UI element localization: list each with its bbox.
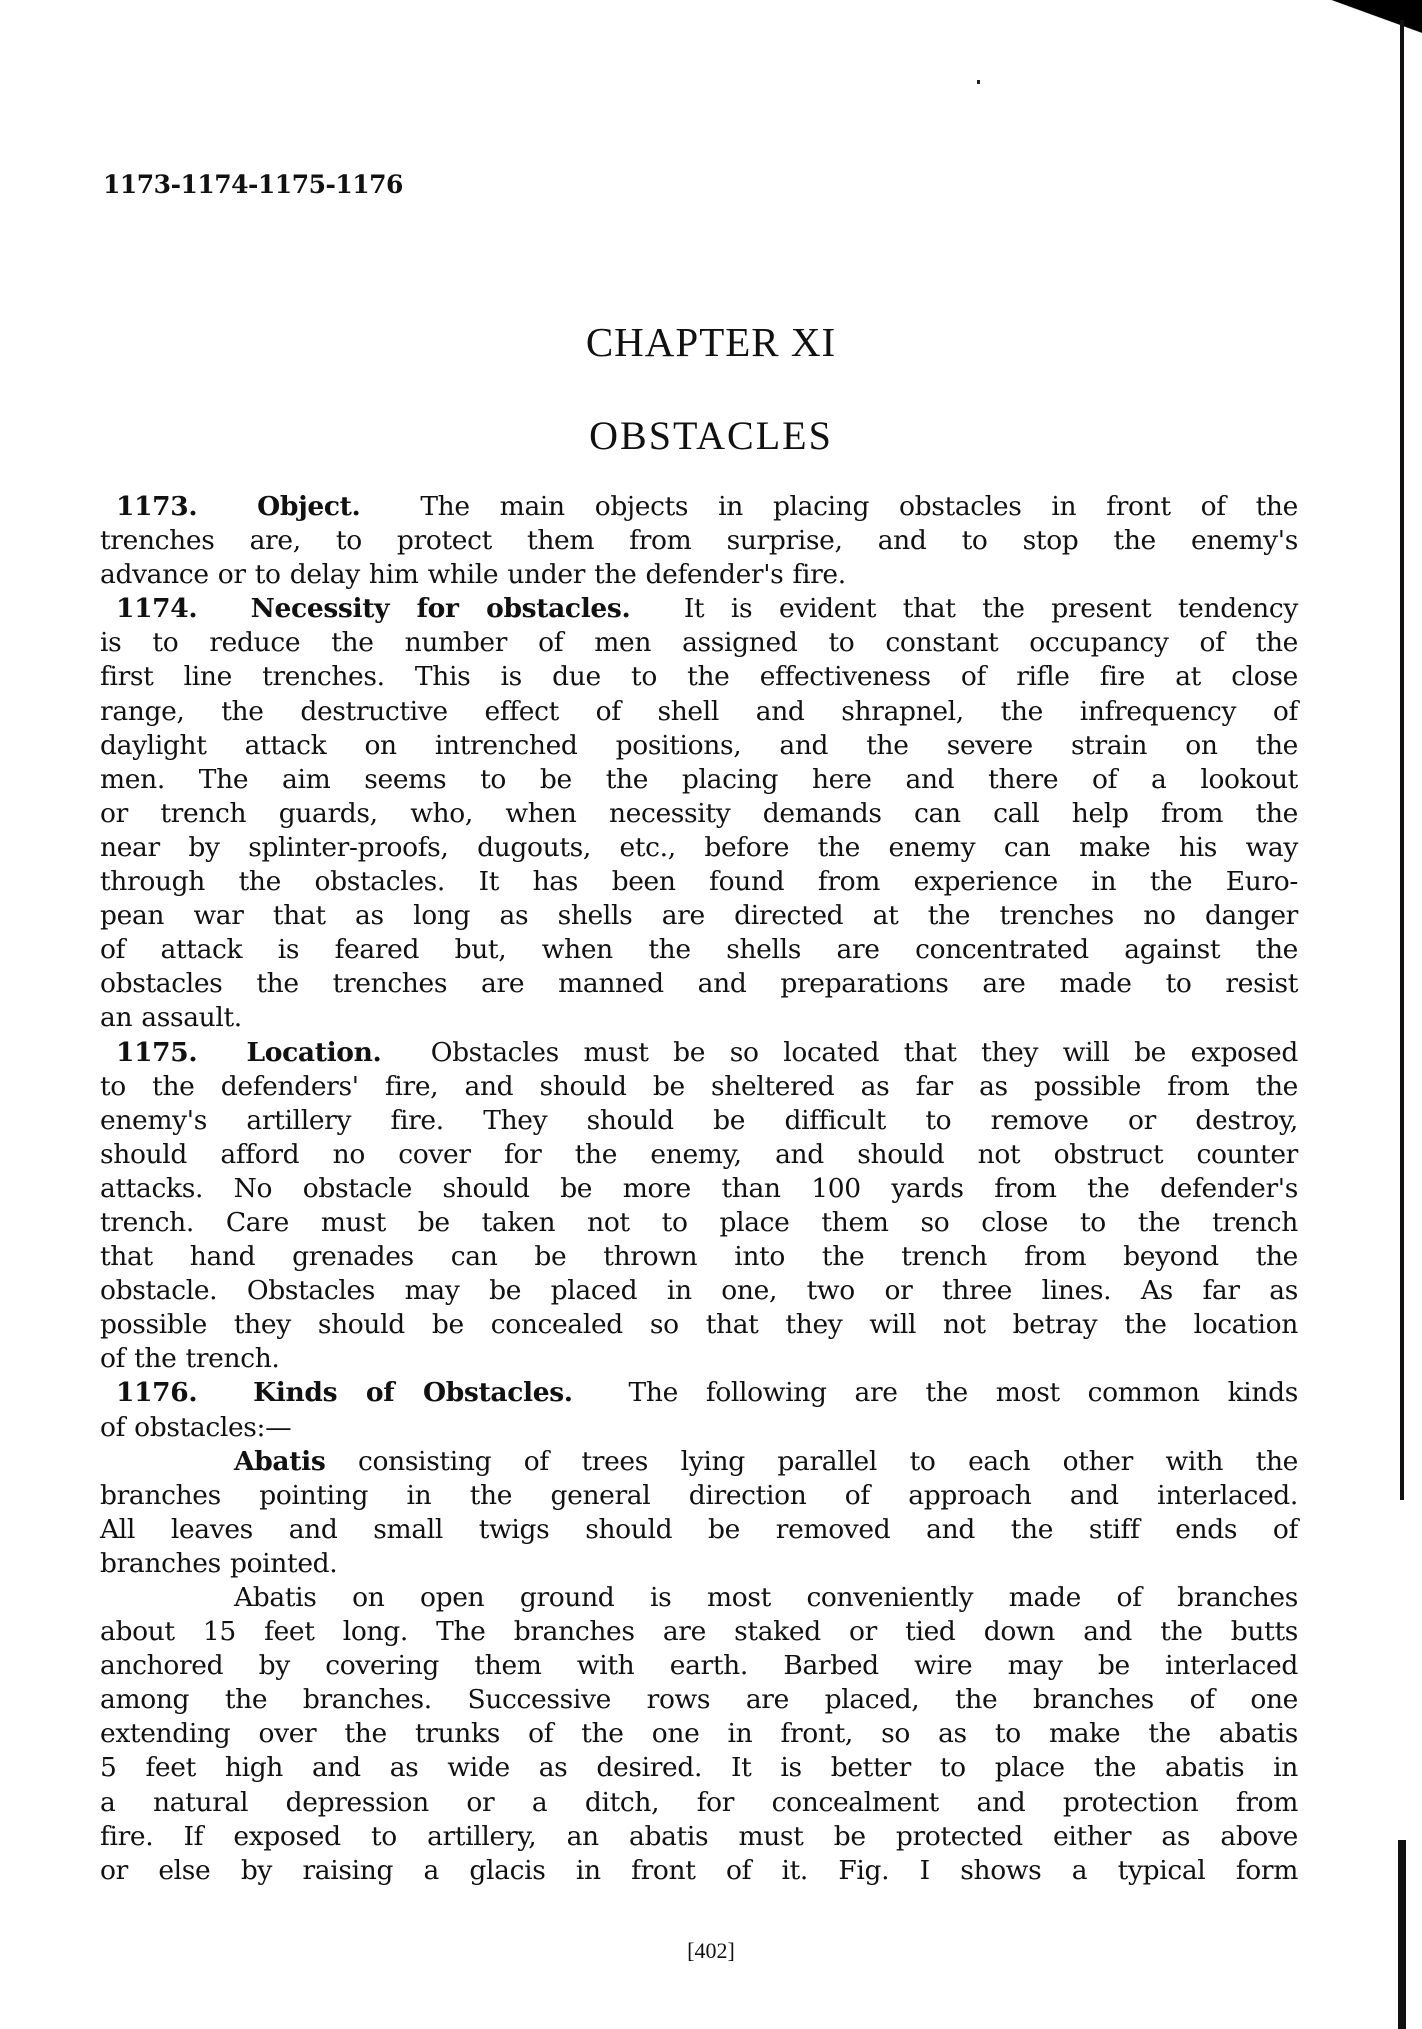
abatis-paragraph-line: 5 feet high and as wide as desired. It i… [100,1751,1298,1785]
chapter-title: CHAPTER XI [0,318,1422,366]
paragraph-1173-line: 1173. Object. The main objects in placin… [100,490,1298,524]
paragraph-1174-line: daylight attack on intrenched positions,… [100,729,1298,763]
section-heading: Object. [257,491,360,522]
paragraph-1175-line: of the trench. [100,1342,1298,1376]
section-number: 1173. [116,491,197,522]
page-number: [402] [0,1938,1422,1964]
chapter-subtitle: OBSTACLES [0,412,1422,459]
section-heading: Kinds of Obstacles. [253,1377,573,1408]
section-range-header: 1173-1174-1175-1176 [103,170,403,199]
paragraph-1175-line: enemy's artillery fire. They should be d… [100,1104,1298,1138]
abatis-paragraph-line: about 15 feet long. The branches are sta… [100,1615,1298,1649]
paragraph-1174-line: range, the destructive effect of shell a… [100,695,1298,729]
paragraph-1174-line: of attack is feared but, when the shells… [100,933,1298,967]
abatis-paragraph-line: or else by raising a glacis in front of … [100,1854,1298,1888]
paragraph-1174-line: 1174. Necessity for obstacles. It is evi… [100,592,1298,626]
scan-edge-artifact [1400,20,1404,1500]
section-number: 1176. [116,1377,197,1408]
paragraph-1176-line: 1176. Kinds of Obstacles. The following … [100,1376,1298,1410]
section-number: 1174. [116,593,197,624]
paragraph-1173-line: trenches are, to protect them from surpr… [100,524,1298,558]
section-heading: Location. [246,1037,381,1068]
abatis-paragraph-line: Abatis consisting of trees lying paralle… [100,1445,1298,1479]
abatis-paragraph-line: branches pointed. [100,1547,1298,1581]
paragraph-1175-line: that hand grenades can be thrown into th… [100,1240,1298,1274]
paragraph-1173-line: advance or to delay him while under the … [100,558,1298,592]
paragraph-1175-line: attacks. No obstacle should be more than… [100,1172,1298,1206]
paragraph-1175-line: obstacle. Obstacles may be placed in one… [100,1274,1298,1308]
abatis-paragraph-line: Abatis on open ground is most convenient… [100,1581,1298,1615]
section-number: 1175. [116,1037,197,1068]
abatis-term: Abatis [234,1446,325,1477]
paragraph-1174-line: or trench guards, who, when necessity de… [100,797,1298,831]
paragraph-1174-line: obstacles the trenches are manned and pr… [100,967,1298,1001]
abatis-paragraph-line: among the branches. Successive rows are … [100,1683,1298,1717]
paragraph-1174-line: men. The aim seems to be the placing her… [100,763,1298,797]
paragraph-1175-line: possible they should be concealed so tha… [100,1308,1298,1342]
paragraph-1175-line: 1175. Location. Obstacles must be so loc… [100,1036,1298,1070]
abatis-paragraph-line: extending over the trunks of the one in … [100,1717,1298,1751]
scan-edge-artifact [1398,1840,1406,2029]
abatis-paragraph-line: a natural depression or a ditch, for con… [100,1786,1298,1820]
paragraph-1174-line: an assault. [100,1001,1298,1035]
paragraph-1175-line: should afford no cover for the enemy, an… [100,1138,1298,1172]
paragraph-1174-line: through the obstacles. It has been found… [100,865,1298,899]
document-page: 1173-1174-1175-1176 CHAPTER XI OBSTACLES… [0,0,1422,2029]
paragraph-1175-line: trench. Care must be taken not to place … [100,1206,1298,1240]
abatis-paragraph-line: All leaves and small twigs should be rem… [100,1513,1298,1547]
abatis-paragraph-line: fire. If exposed to artillery, an abatis… [100,1820,1298,1854]
scan-edge-artifact [1314,0,1422,42]
paragraph-1176-line: of obstacles:— [100,1411,1298,1445]
body-text: 1173. Object. The main objects in placin… [100,490,1298,1888]
paragraph-1174-line: is to reduce the number of men assigned … [100,626,1298,660]
paragraph-1174-line: near by splinter-proofs, dugouts, etc., … [100,831,1298,865]
paragraph-1174-line: pean war that as long as shells are dire… [100,899,1298,933]
abatis-paragraph-line: anchored by covering them with earth. Ba… [100,1649,1298,1683]
section-heading: Necessity for obstacles. [251,593,631,624]
scan-speck [977,80,980,84]
paragraph-1175-line: to the defenders' fire, and should be sh… [100,1070,1298,1104]
paragraph-1174-line: first line trenches. This is due to the … [100,660,1298,694]
abatis-paragraph-line: branches pointing in the general directi… [100,1479,1298,1513]
